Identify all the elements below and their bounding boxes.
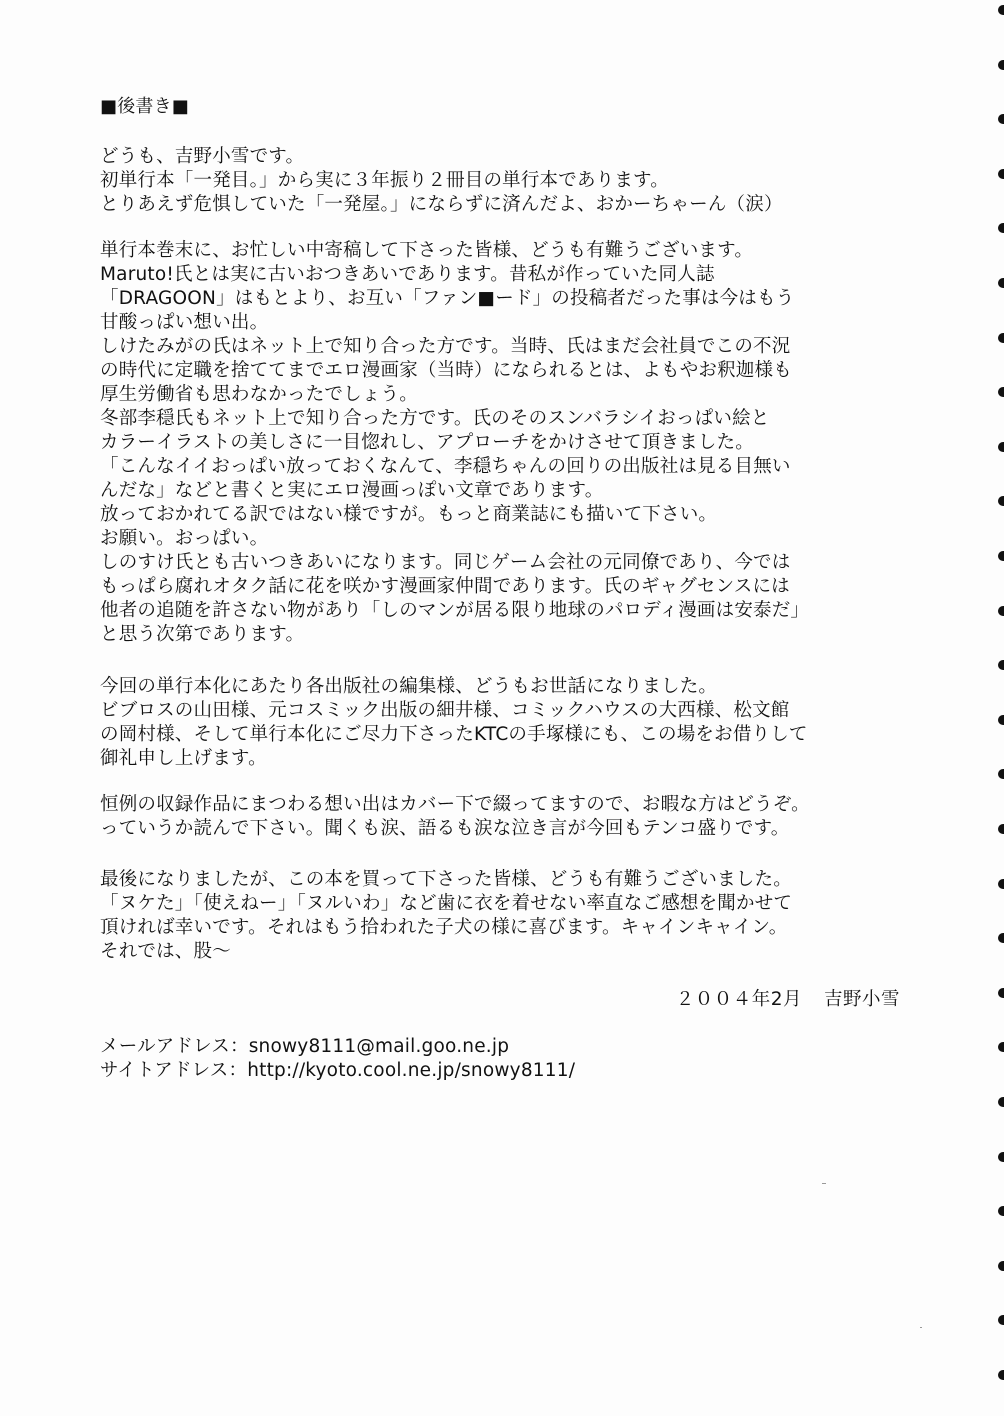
text-line: 初単行本「一発目。」から実に３年振り２冊目の単行本であります。 <box>100 169 669 193</box>
text-line: 今回の単行本化にあたり各出版社の編集様、どうもお世話になりました。 <box>100 675 717 699</box>
text-line: 放っておかれてる訳ではない様ですが。もっと商業誌にも描いて下さい。 <box>100 503 717 527</box>
binding-hole-icon <box>998 223 1004 233</box>
binding-hole-icon <box>998 1152 1004 1162</box>
text-line: 厚生労働省も思わなかったでしょう。 <box>100 383 418 407</box>
text-line: 冬部李穏氏もネット上で知り合った方です。氏のそのスンバラシイおっぱい絵と <box>100 407 770 431</box>
binding-hole-icon <box>998 169 1004 179</box>
afterword-heading: ■後書き■ <box>100 95 189 119</box>
text-line: 他者の追随を許さない物があり「しのマンが居る限り地球のパロディ漫画は安泰だ」 <box>100 599 809 623</box>
text-line: ビブロスの山田様、元コスミック出版の細井様、コミックハウスの大西様、松文館 <box>100 699 790 723</box>
text-line: 最後になりましたが、この本を買って下さった皆様、どうも有難うございました。 <box>100 868 792 892</box>
binding-hole-icon <box>998 496 1004 506</box>
binding-hole-icon <box>998 1206 1004 1216</box>
binding-hole-icon <box>998 387 1004 397</box>
binding-hole-icon <box>998 933 1004 943</box>
text-line: しのすけ氏とも古いつきあいになります。同じゲーム会社の元同僚であり、今では <box>100 551 790 575</box>
binding-hole-icon <box>998 606 1004 616</box>
text-line: どうも、吉野小雪です。 <box>100 145 304 169</box>
binding-hole-icon <box>998 333 1004 343</box>
binding-hole-icon <box>998 278 1004 288</box>
text-line: っていうか読んで下さい。聞くも涙、語るも涙な泣き言が今回もテンコ盛りです。 <box>100 817 790 841</box>
binding-hole-icon <box>998 988 1004 998</box>
text-line: とりあえず危惧していた「一発屋。」にならずに済んだよ、おかーちゃーん（涙） <box>100 193 783 217</box>
text-line: 御礼申し上げます。 <box>100 747 267 771</box>
binding-hole-icon <box>998 1370 1004 1380</box>
text-line: もっぱら腐れオタク話に花を咲かす漫画家仲間であります。氏のギャグセンスには <box>100 575 790 599</box>
binding-hole-icon <box>998 114 1004 124</box>
afterword-page: ■後書き■ どうも、吉野小雪です。初単行本「一発目。」から実に３年振り２冊目の単… <box>0 0 1004 1416</box>
binding-hole-icon <box>998 1261 1004 1271</box>
site-url[interactable]: http://kyoto.cool.ne.jp/snowy8111/ <box>247 1060 575 1081</box>
binding-hole-icon <box>998 1097 1004 1107</box>
scan-speck <box>920 1327 922 1328</box>
binding-hole-icon <box>998 660 1004 670</box>
text-line: 甘酸っぱい想い出。 <box>100 311 268 335</box>
text-line: カラーイラストの美しさに一目惚れし、アプローチをかけさせて頂きました。 <box>100 431 754 455</box>
signature: ２００４年2月吉野小雪 <box>676 988 900 1012</box>
contact-site: サイトアドレス：http://kyoto.cool.ne.jp/snowy811… <box>100 1059 575 1083</box>
signature-author: 吉野小雪 <box>824 989 900 1010</box>
text-line: 単行本巻末に、お忙しい中寄稿して下さった皆様、どうも有難うございます。 <box>100 239 753 263</box>
mail-address[interactable]: snowy8111@mail.goo.ne.jp <box>249 1036 509 1057</box>
binding-hole-icon <box>998 1042 1004 1052</box>
binding-hole-icon <box>998 551 1004 561</box>
text-line: んだな」などと書くと実にエロ漫画っぽい文章であります。 <box>100 479 603 503</box>
text-line: それでは、股～ <box>100 940 231 964</box>
text-line: 頂ければ幸いです。それはもう拾われた子犬の様に喜びます。キャインキャイン。 <box>100 916 787 940</box>
site-label: サイトアドレス <box>100 1060 229 1081</box>
text-line: お願い。おっぱい。 <box>100 527 268 551</box>
text-line: Maruto!氏とは実に古いおつきあいであります。昔私が作っていた同人誌 <box>100 263 715 287</box>
text-line: 「DRAGOON」はもとより、お互い「ファン■ード」の投稿者だった事は今はもう <box>100 287 794 311</box>
text-line: 恒例の収録作品にまつわる想い出はカバー下で綴ってますので、お暇な方はどうぞ。 <box>100 793 810 817</box>
separator: ： <box>230 1036 249 1057</box>
text-line: の岡村様、そして単行本化にご尽力下さったKTCの手塚様にも、この場をお借りして <box>100 723 808 747</box>
binding-hole-icon <box>998 442 1004 452</box>
binding-hole-icon <box>998 824 1004 834</box>
text-line: と思う次第であります。 <box>100 623 304 647</box>
text-line: 「ヌケた」「使えねー」「ヌルいわ」など歯に衣を着せない率直なご感想を聞かせて <box>100 892 792 916</box>
separator: ： <box>229 1060 248 1081</box>
mail-label: メールアドレス <box>100 1036 230 1057</box>
binding-hole-icon <box>998 769 1004 779</box>
signature-date: ２００４年2月 <box>676 989 802 1010</box>
binding-hole-icon <box>998 60 1004 70</box>
binding-hole-icon <box>998 715 1004 725</box>
binding-hole-icon <box>998 1315 1004 1325</box>
binding-hole-icon <box>998 879 1004 889</box>
text-line: 「こんなイイおっぱい放っておくなんて、李穏ちゃんの回りの出版社は見る目無い <box>100 455 791 479</box>
text-line: の時代に定職を捨ててまでエロ漫画家（当時）になられるとは、よもやお釈迦様も <box>100 359 792 383</box>
text-line: しけたみがの氏はネット上で知り合った方です。当時、氏はまだ会社員でこの不況 <box>100 335 790 359</box>
binding-hole-icon <box>998 5 1004 15</box>
scan-speck <box>822 1183 826 1184</box>
contact-mail: メールアドレス：snowy8111@mail.goo.ne.jp <box>100 1035 509 1059</box>
